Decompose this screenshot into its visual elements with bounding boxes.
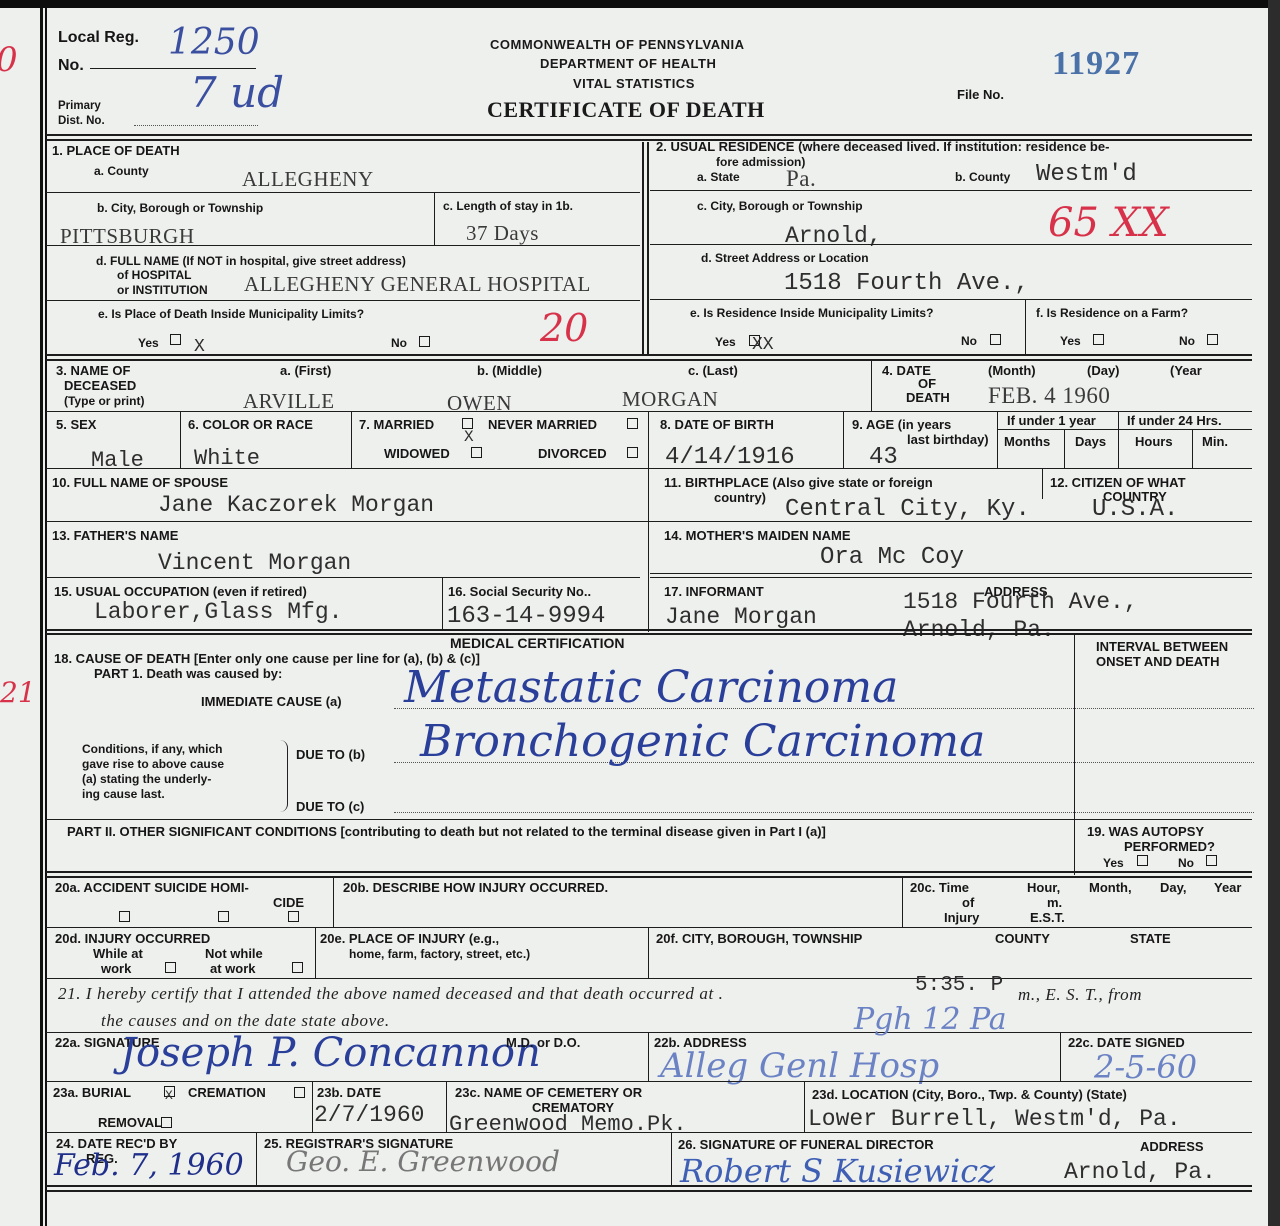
citizen-label-1: 12. CITIZEN OF WHAT — [1050, 476, 1186, 490]
rule — [46, 978, 1252, 979]
disposition-date-label: 23b. DATE — [317, 1086, 381, 1100]
never-married-label: NEVER MARRIED — [488, 418, 597, 432]
inside-limits-yes-label: Yes — [138, 336, 159, 350]
birthplace-value: Central City, Ky. — [785, 499, 1030, 521]
col-divider-top-2 — [647, 142, 649, 354]
name-label-2: DECEASED — [64, 379, 136, 393]
not-work-label-1: Not while — [205, 947, 263, 961]
birthplace-label-2: country) — [714, 491, 766, 505]
father-value: Vincent Morgan — [158, 552, 351, 574]
autopsy-label-2: PERFORMED? — [1124, 840, 1215, 854]
res-farm-no-checkbox[interactable] — [1207, 334, 1218, 345]
suicide-checkbox[interactable] — [218, 911, 229, 922]
res-county-label: b. County — [955, 170, 1010, 184]
occupation-label: 15. USUAL OCCUPATION (even if retired) — [54, 585, 307, 599]
rule — [1192, 430, 1193, 468]
header-line-3: VITAL STATISTICS — [573, 76, 695, 91]
while-at-work-checkbox[interactable] — [165, 962, 176, 973]
immediate-cause-value: Metastatic Carcinoma — [404, 662, 898, 713]
birthplace-label-1: 11. BIRTHPLACE (Also give state or forei… — [664, 476, 933, 490]
physician-address-value: Alleg Genl Hosp — [660, 1046, 939, 1086]
rule — [998, 429, 1252, 430]
res-farm-yes-label: Yes — [1060, 334, 1081, 348]
rule — [46, 192, 640, 193]
name-label-1: 3. NAME OF — [56, 364, 130, 378]
rule — [180, 412, 181, 468]
name-label-3: (Type or print) — [64, 394, 144, 408]
widowed-label: WIDOWED — [384, 447, 450, 461]
middle-name-label: b. (Middle) — [477, 364, 542, 378]
autopsy-label-1: 19. WAS AUTOPSY — [1087, 825, 1204, 839]
header-line-1: COMMONWEALTH OF PENNSYLVANIA — [490, 37, 745, 52]
rule — [315, 928, 316, 978]
death-city-value: PITTSBURGH — [60, 225, 195, 247]
conditions-label-4: ing cause last. — [82, 787, 165, 801]
registrar-signature: Geo. E. Greenwood — [286, 1145, 560, 1178]
race-value: White — [194, 448, 260, 470]
usual-residence-label: 2. USUAL RESIDENCE (where deceased lived… — [656, 140, 1109, 154]
spouse-label: 10. FULL NAME OF SPOUSE — [52, 476, 228, 490]
res-state-value: Pa. — [786, 168, 816, 190]
injury-hour-est-label: E.S.T. — [1030, 911, 1065, 925]
race-label: 6. COLOR OR RACE — [188, 418, 313, 432]
cremation-label: CREMATION — [188, 1086, 266, 1100]
header-line-2: DEPARTMENT OF HEALTH — [540, 56, 716, 71]
rule — [46, 577, 640, 578]
medical-cert-title: MEDICAL CERTIFICATION — [450, 636, 624, 650]
rule — [843, 412, 844, 468]
inside-limits-label: e. Is Place of Death Inside Municipality… — [98, 307, 364, 321]
while-work-label-1: While at — [93, 947, 143, 961]
certify-text-2: m., E. S. T., from — [1018, 985, 1142, 1005]
res-farm-yes-checkbox[interactable] — [1093, 334, 1104, 345]
time-of-death-value: 5:35. P — [915, 975, 1003, 997]
injury-state-label: STATE — [1130, 932, 1171, 946]
hospital-label-3: or INSTITUTION — [117, 284, 208, 296]
inside-limits-yes-checkbox[interactable] — [170, 334, 181, 345]
accident-checkbox[interactable] — [119, 911, 130, 922]
rule — [46, 521, 1252, 522]
rule — [46, 629, 1252, 631]
homicide-checkbox[interactable] — [288, 911, 299, 922]
cremation-checkbox[interactable] — [294, 1087, 305, 1098]
scan-right-border — [1268, 0, 1280, 1226]
due-to-c-line — [394, 812, 1254, 813]
hospital-label-1: d. FULL NAME (If NOT in hospital, give s… — [96, 254, 406, 268]
rule — [434, 193, 435, 245]
col-divider-top — [642, 142, 644, 354]
ssn-value: 163-14-9994 — [447, 606, 605, 628]
location-label: 23d. LOCATION (City, Boro., Twp. & Count… — [812, 1088, 1127, 1102]
rule — [46, 1132, 1252, 1133]
age-label-1: 9. AGE (in years — [852, 418, 951, 432]
rule — [46, 927, 1252, 928]
days-label: Days — [1075, 435, 1106, 449]
primary-label: Primary — [58, 99, 101, 113]
injury-describe-label: 20b. DESCRIBE HOW INJURY OCCURRED. — [343, 881, 608, 895]
rule — [256, 1133, 257, 1185]
rule — [46, 354, 1252, 356]
rule — [46, 300, 640, 301]
res-farm-no-label: No — [1179, 334, 1195, 348]
local-reg-label: Local Reg. — [58, 31, 139, 45]
informant-label: 17. INFORMANT — [664, 585, 764, 599]
hospital-label-2: of HOSPITAL — [117, 269, 191, 281]
no-label: No. — [58, 59, 84, 73]
file-number-stamp: 11927 — [1052, 45, 1140, 83]
father-label: 13. FATHER'S NAME — [52, 529, 178, 543]
rule — [650, 190, 1252, 191]
part1-label: PART 1. Death was caused by: — [94, 667, 282, 681]
res-street-value: 1518 Fourth Ave., — [784, 273, 1029, 295]
citizen-value: U.S.A. — [1092, 499, 1178, 521]
res-inside-yes-mark: XX — [752, 334, 774, 356]
rule — [46, 876, 1252, 878]
rule — [1074, 635, 1075, 875]
age-value: 43 — [869, 447, 898, 469]
certify-text-1: 21. I hereby certify that I attended the… — [58, 984, 724, 1004]
md-do-label: M.D. or D.O. — [506, 1036, 580, 1050]
divorced-checkbox[interactable] — [627, 447, 638, 458]
injury-year-label: Year — [1214, 881, 1241, 895]
dod-year-label: (Year — [1170, 364, 1202, 378]
margin-mark-top: 0 — [0, 40, 18, 80]
injury-month-label: Month, — [1089, 881, 1132, 895]
last-name-label: c. (Last) — [688, 364, 738, 378]
conditions-label-2: gave rise to above cause — [82, 757, 224, 771]
primary-dist-no: 7 ud — [190, 68, 284, 117]
burial-label: 23a. BURIAL — [53, 1086, 131, 1100]
rule — [46, 468, 1252, 469]
dod-day-label: (Day) — [1087, 364, 1120, 378]
res-county-value: Westm'd — [1036, 164, 1137, 186]
rule — [1042, 469, 1043, 499]
certificate-title: CERTIFICATE OF DEATH — [487, 97, 765, 123]
not-work-label-2: at work — [210, 962, 256, 976]
rule — [671, 1133, 672, 1185]
autopsy-no-checkbox[interactable] — [1206, 855, 1217, 866]
injury-day-label: Day, — [1160, 881, 1187, 895]
mother-value: Ora Mc Coy — [820, 547, 964, 569]
funeral-address-label: ADDRESS — [1140, 1140, 1204, 1154]
conditions-label-3: (a) stating the underly- — [82, 772, 211, 786]
due-to-b-value: Bronchogenic Carcinoma — [420, 716, 985, 767]
certify-text-3: the causes and on the date state above. — [101, 1011, 390, 1031]
ssn-label: 16. Social Security No.. — [448, 585, 591, 599]
injury-time-label-2: of — [962, 896, 974, 910]
rule — [648, 1033, 649, 1081]
under-24-label: If under 24 Hrs. — [1127, 414, 1222, 428]
injury-place-label-2: home, farm, factory, street, etc.) — [349, 947, 530, 961]
injury-hour-label: Hour, — [1027, 881, 1060, 895]
injury-hour-m-label: m. — [1047, 896, 1062, 910]
red-code-residence: 65 XX — [1048, 200, 1169, 246]
rule — [46, 1185, 1252, 1187]
res-street-label: d. Street Address or Location — [701, 251, 869, 265]
married-label: 7. MARRIED — [359, 418, 434, 432]
rule — [312, 1082, 313, 1132]
due-to-c-label: DUE TO (c) — [296, 800, 364, 814]
rule — [1060, 1033, 1061, 1081]
months-label: Months — [1004, 435, 1050, 449]
rule — [1118, 412, 1119, 468]
last-name-value: MORGAN — [622, 388, 718, 410]
rule — [650, 244, 1252, 245]
scan-top-border — [0, 0, 1280, 8]
rule — [648, 412, 649, 632]
hours-label: Hours — [1135, 435, 1173, 449]
res-inside-no-checkbox[interactable] — [990, 334, 1001, 345]
dist-no-label: Dist. No. — [58, 114, 105, 128]
funeral-director-label: 26. SIGNATURE OF FUNERAL DIRECTOR — [678, 1138, 934, 1152]
informant-value: Jane Morgan — [665, 606, 817, 628]
rule — [442, 578, 443, 630]
rule — [46, 245, 640, 246]
informant-address-1: 1518 Fourth Ave., — [903, 591, 1138, 613]
rule — [351, 412, 352, 468]
injury-type-label: 20a. ACCIDENT SUICIDE HOMI- — [55, 881, 249, 895]
burial-mark: X — [165, 1085, 173, 1107]
dob-label: 8. DATE OF BIRTH — [660, 418, 774, 432]
dod-label-3: DEATH — [906, 391, 950, 405]
immediate-cause-label: IMMEDIATE CAUSE (a) — [201, 695, 342, 709]
rule — [46, 633, 1252, 635]
margin-mark-middle: 21 — [0, 676, 36, 709]
disposition-date-value: 2/7/1960 — [314, 1104, 424, 1126]
rule — [1064, 430, 1065, 468]
rule — [871, 360, 872, 412]
local-reg-no: 1250 — [168, 22, 260, 63]
autopsy-no-label: No — [1178, 856, 1194, 870]
res-city-label: c. City, Borough or Township — [697, 199, 863, 213]
injury-city-label: 20f. CITY, BOROUGH, TOWNSHIP — [656, 932, 862, 946]
margin-rule-outer — [40, 8, 43, 1226]
rule — [650, 573, 1252, 574]
res-inside-limits-label: e. Is Residence Inside Municipality Limi… — [690, 306, 933, 320]
inside-limits-no-label: No — [391, 336, 407, 350]
rule — [1025, 300, 1026, 354]
header-rule-1 — [46, 134, 1252, 136]
while-work-label-2: work — [101, 962, 131, 976]
rule — [46, 819, 1252, 820]
red-code-place: 20 — [540, 306, 588, 350]
res-state-label: a. State — [697, 170, 740, 184]
inside-limits-no-checkbox[interactable] — [419, 336, 430, 347]
injury-county-label: COUNTY — [995, 932, 1050, 946]
conditions-brace — [279, 740, 288, 812]
stay-value: 37 Days — [466, 222, 539, 244]
dist-no-line — [134, 125, 258, 126]
rule — [46, 411, 1252, 412]
occupation-value: Laborer,Glass Mfg. — [94, 601, 342, 623]
never-married-checkbox[interactable] — [627, 418, 638, 429]
rule — [902, 878, 903, 927]
min-label: Min. — [1202, 435, 1228, 449]
mother-label: 14. MOTHER'S MAIDEN NAME — [664, 529, 851, 543]
spouse-value: Jane Kaczorek Morgan — [158, 494, 434, 516]
county-label: a. County — [94, 164, 149, 178]
rule — [46, 1190, 1252, 1192]
autopsy-yes-checkbox[interactable] — [1137, 855, 1148, 866]
injury-type-label-2: CIDE — [273, 896, 304, 910]
autopsy-yes-label: Yes — [1103, 856, 1124, 870]
interval-label-1: INTERVAL BETWEEN — [1096, 640, 1228, 654]
rule — [648, 928, 649, 978]
rule — [333, 878, 334, 927]
date-of-death-value: FEB. 4 1960 — [988, 385, 1110, 407]
age-label-2: last birthday) — [907, 433, 989, 447]
rule — [650, 299, 1252, 300]
res-farm-label: f. Is Residence on a Farm? — [1036, 306, 1188, 320]
injury-place-label-1: 20e. PLACE OF INJURY (e.g., — [320, 932, 499, 946]
due-to-b-label: DUE TO (b) — [296, 748, 365, 762]
under-1-year-label: If under 1 year — [1007, 414, 1096, 428]
divorced-label: DIVORCED — [538, 447, 607, 461]
funeral-address-value: Arnold, Pa. — [1064, 1161, 1216, 1183]
city-label: b. City, Borough or Township — [97, 201, 263, 215]
widowed-checkbox[interactable] — [471, 447, 482, 458]
death-county-value: ALLEGHENY — [242, 168, 374, 190]
rule — [46, 359, 1252, 361]
rule — [997, 412, 998, 468]
injury-occurred-label: 20d. INJURY OCCURRED — [55, 932, 210, 946]
removal-label: REMOVAL — [98, 1116, 162, 1130]
dod-label-2: OF — [918, 377, 936, 391]
date-recd-value: Feb. 7, 1960 — [54, 1148, 244, 1183]
first-name-value: ARVILLE — [243, 390, 335, 412]
place-of-death-label: 1. PLACE OF DEATH — [52, 144, 180, 158]
rule — [46, 1081, 1252, 1082]
rule — [650, 577, 1252, 578]
rule — [804, 1082, 805, 1132]
file-no-label: File No. — [957, 88, 1004, 102]
married-mark: X — [464, 426, 474, 448]
physician-address-top: Pgh 12 Pa — [854, 1002, 1007, 1037]
part2-label: PART II. OTHER SIGNIFICANT CONDITIONS [c… — [67, 825, 826, 839]
dob-value: 4/14/1916 — [665, 447, 795, 469]
first-name-label: a. (First) — [280, 364, 331, 378]
stay-label: c. Length of stay in 1b. — [443, 199, 573, 213]
injury-time-label-3: Injury — [944, 911, 979, 925]
cemetery-label-1: 23c. NAME OF CEMETERY OR — [455, 1086, 642, 1100]
dod-month-label: (Month) — [988, 364, 1036, 378]
sex-label: 5. SEX — [56, 418, 96, 432]
physician-signature: Joseph P. Concannon — [120, 1030, 541, 1076]
location-value: Lower Burrell, Westm'd, Pa. — [808, 1108, 1181, 1130]
res-inside-no-label: No — [961, 334, 977, 348]
injury-time-label-1: 20c. Time — [910, 881, 969, 895]
hospital-value: ALLEGHENY GENERAL HOSPITAL — [244, 273, 591, 295]
margin-rule-inner — [45, 8, 47, 1226]
res-inside-yes-label: Yes — [715, 335, 736, 349]
not-at-work-checkbox[interactable] — [292, 962, 303, 973]
removal-checkbox[interactable] — [161, 1117, 172, 1128]
conditions-label-1: Conditions, if any, which — [82, 742, 222, 756]
interval-label-2: ONSET AND DEATH — [1096, 655, 1220, 669]
rule — [446, 1082, 447, 1132]
rule — [46, 871, 1252, 873]
